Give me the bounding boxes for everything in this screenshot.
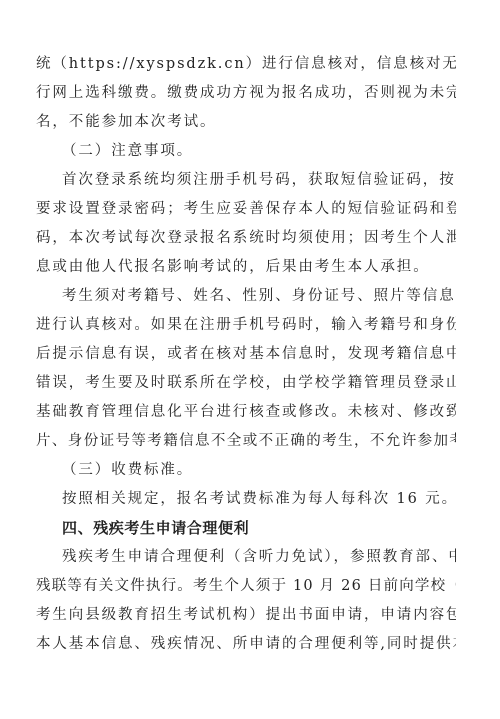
paragraph-line: 错误，考生要及时联系所在学校，由学校学籍管理员登录山东省 <box>36 369 456 398</box>
paragraph-line: 名，不能参加本次考试。 <box>36 108 456 137</box>
paragraph-line: 要求设置登录密码；考生应妥善保存本人的短信验证码和登录密 <box>36 195 456 224</box>
subsection-heading-fees: （三）收费标准。 <box>62 456 482 485</box>
section-heading-disabled-candidates: 四、残疾考生申请合理便利 <box>62 514 482 543</box>
paragraph-line: 行网上选科缴费。缴费成功方视为报名成功，否则视为未完成报 <box>36 79 456 108</box>
paragraph-line: 本人基本信息、残疾情况、所申请的合理便利等,同时提供本人 <box>36 630 456 659</box>
paragraph-line: 息或由他人代报名影响考试的，后果由考生本人承担。 <box>36 253 456 282</box>
paragraph-line: 残联等有关文件执行。考生个人须于 10 月 26 日前向学校（社会 <box>36 572 456 601</box>
paragraph-line: 考生须对考籍号、姓名、性别、身份证号、照片等信息逐一 <box>62 282 456 311</box>
paragraph-line: 码，本次考试每次登录报名系统时均须使用；因考生个人泄露信 <box>36 224 456 253</box>
document-page: 统（https://xyspsdzk.cn）进行信息核对，信息核对无误后直接进 … <box>0 0 500 719</box>
paragraph-line: 首次登录系统均须注册手机号码，获取短信验证码，按系统 <box>62 166 456 195</box>
paragraph-line: 进行认真核对。如果在注册手机号码时，输入考籍号和身份证号 <box>36 311 456 340</box>
paragraph-line: 后提示信息有误，或者在核对基本信息时，发现考籍信息中存在 <box>36 340 456 369</box>
paragraph-line: 残疾考生申请合理便利（含听力免试），参照教育部、中国 <box>62 543 456 572</box>
paragraph-line: 片、身份证号等考籍信息不全或不正确的考生，不允许参加考试。 <box>36 427 456 456</box>
paragraph-line: 统（https://xyspsdzk.cn）进行信息核对，信息核对无误后直接进 <box>36 50 456 79</box>
paragraph-line: 考生向县级教育招生考试机构）提出书面申请，申请内容包括： <box>36 601 456 630</box>
paragraph-line: 基础教育管理信息化平台进行核查或修改。未核对、修改致使照 <box>36 398 456 427</box>
subsection-heading-notes: （二）注意事项。 <box>62 137 482 166</box>
paragraph-line: 按照相关规定，报名考试费标准为每人每科次 16 元。 <box>62 485 456 514</box>
